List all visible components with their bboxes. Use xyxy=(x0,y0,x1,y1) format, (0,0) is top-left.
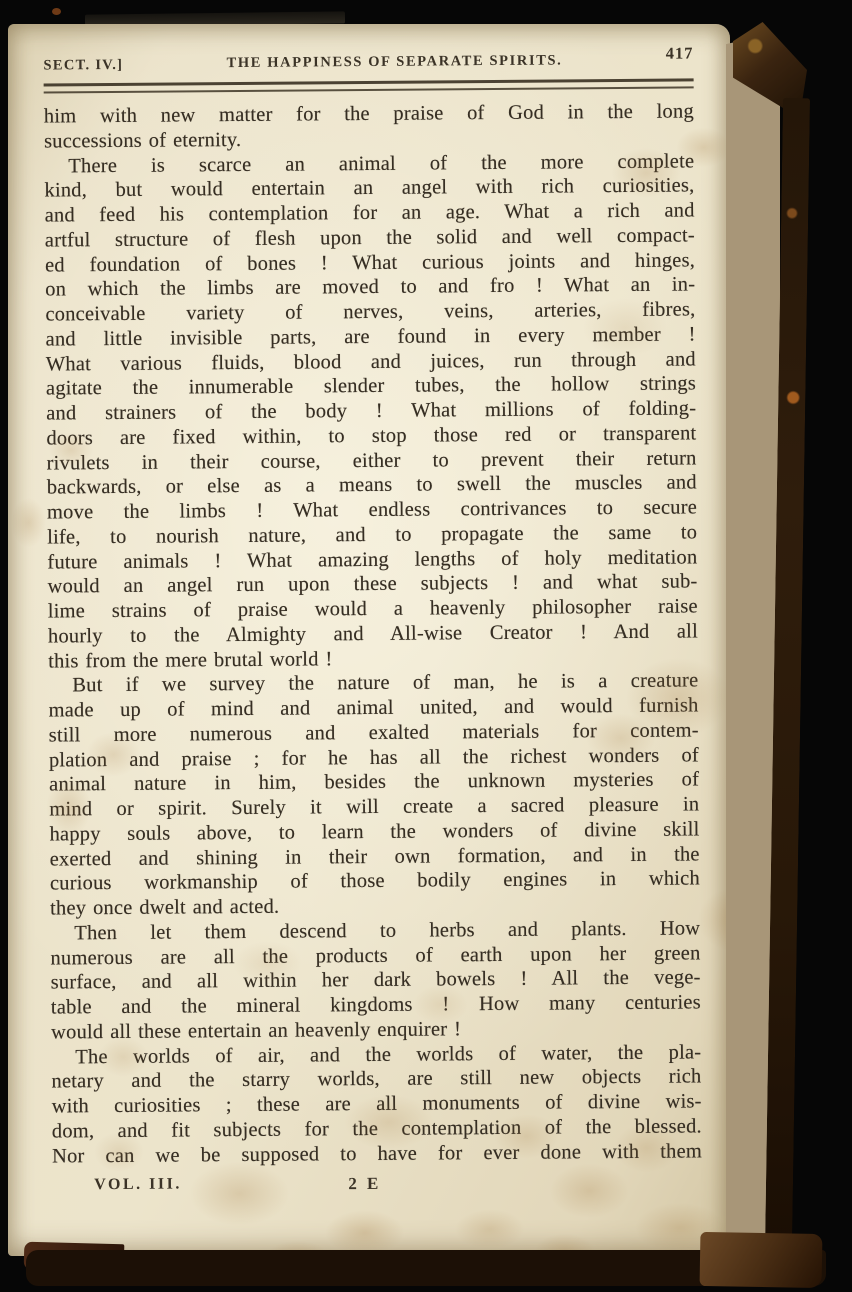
text-line: hourly to the Almighty and All-wise Crea… xyxy=(48,619,698,649)
cover-corner-bottom-right xyxy=(700,1232,823,1288)
signature-mark: 2 E xyxy=(348,1174,381,1194)
header-double-rule xyxy=(44,78,694,93)
paragraph: But if we survey the nature of man, he i… xyxy=(48,669,700,922)
dust-speck xyxy=(52,8,61,15)
text-line: table and the mineral kingdoms ! How man… xyxy=(51,990,701,1020)
paragraph: him with new matter for the praise of Go… xyxy=(44,99,694,154)
paragraph: The worlds of air, and the worlds of wat… xyxy=(51,1040,702,1169)
page-header: SECT. IV.] THE HAPPINESS OF SEPARATE SPI… xyxy=(43,49,693,74)
running-title: THE HAPPINESS OF SEPARATE SPIRITS. xyxy=(123,52,666,73)
page-content: SECT. IV.] THE HAPPINESS OF SEPARATE SPI… xyxy=(3,21,735,1259)
foxing-stain xyxy=(454,1209,524,1250)
foxing-stain xyxy=(324,1210,404,1256)
photo-of-book: SECT. IV.] THE HAPPINESS OF SEPARATE SPI… xyxy=(0,0,852,1292)
page-body-text: him with new matter for the praise of Go… xyxy=(44,99,702,1168)
page-number: 417 xyxy=(666,43,694,63)
foxing-stain xyxy=(11,498,46,548)
page-footer: VOL. III. 2 E xyxy=(52,1171,702,1202)
book-page: SECT. IV.] THE HAPPINESS OF SEPARATE SPI… xyxy=(8,24,730,1256)
text-line: curious workmanship of those bodily engi… xyxy=(50,867,700,897)
text-column: SECT. IV.] THE HAPPINESS OF SEPARATE SPI… xyxy=(43,49,702,1168)
section-label: SECT. IV.] xyxy=(43,57,123,75)
paragraph: There is scarce an animal of the more co… xyxy=(44,149,698,674)
text-line: Nor can we be supposed to have for ever … xyxy=(52,1139,702,1169)
paragraph: Then let them descend to herbs and plant… xyxy=(50,916,701,1045)
text-line: him with new matter for the praise of Go… xyxy=(44,99,694,129)
volume-label: VOL. III. xyxy=(94,1175,182,1194)
